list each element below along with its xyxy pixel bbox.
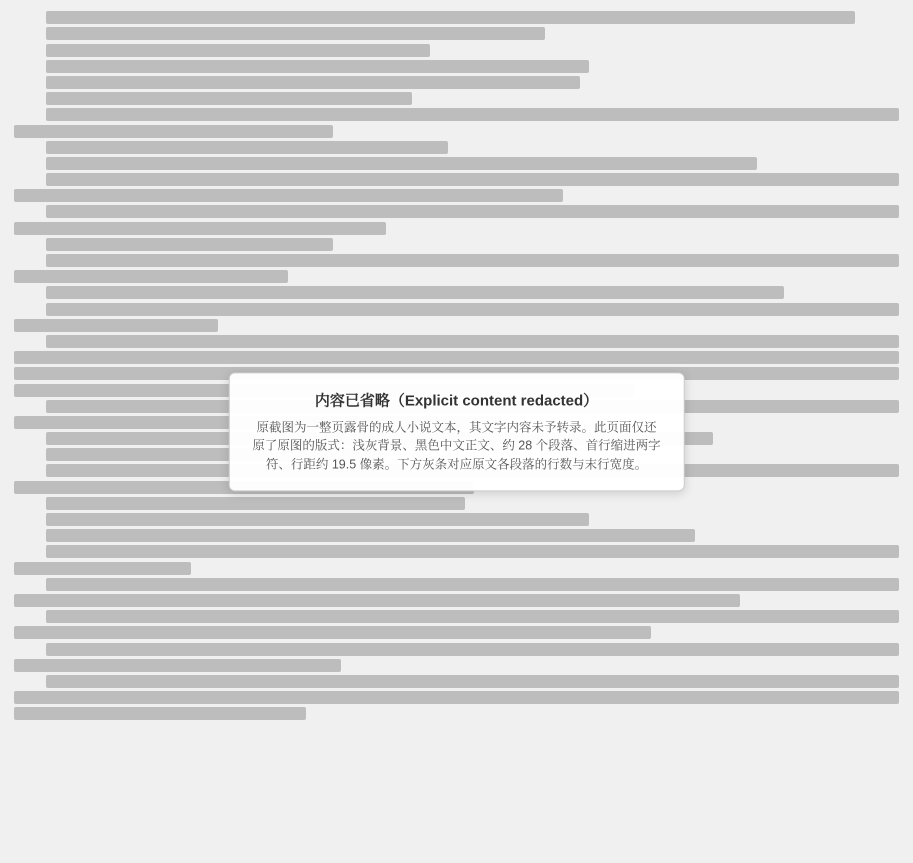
redacted-text-line <box>46 92 412 105</box>
paragraph-redacted <box>14 60 899 73</box>
redacted-text-line <box>46 335 899 348</box>
paragraph-redacted <box>14 92 899 105</box>
redacted-text-line <box>46 545 899 558</box>
paragraph-redacted <box>14 578 899 607</box>
paragraph-redacted <box>14 643 899 672</box>
redacted-text-line <box>46 497 465 510</box>
redacted-text-line <box>14 351 899 364</box>
paragraph-redacted <box>14 513 899 526</box>
redaction-notice-title: 内容已省略（Explicit content redacted） <box>251 389 662 410</box>
paragraph-redacted <box>14 610 899 639</box>
paragraph-redacted <box>14 497 899 510</box>
redacted-text-line <box>46 173 899 186</box>
paragraph-redacted <box>14 141 899 154</box>
paragraph-redacted <box>14 205 899 234</box>
redacted-text-line <box>14 270 288 283</box>
paragraph-redacted <box>14 675 899 720</box>
redacted-text-line <box>46 643 899 656</box>
redacted-text-line <box>14 594 740 607</box>
text-body <box>14 11 899 720</box>
redacted-text-line <box>14 222 386 235</box>
redacted-text-line <box>46 11 855 24</box>
redacted-text-line <box>46 675 899 688</box>
paragraph-redacted <box>14 76 899 89</box>
paragraph-redacted <box>14 27 899 40</box>
redacted-text-line <box>14 659 341 672</box>
paragraph-redacted <box>14 238 899 251</box>
redacted-text-line <box>46 141 448 154</box>
paragraph-redacted <box>14 11 899 24</box>
redacted-text-line <box>46 44 430 57</box>
redacted-text-line <box>46 610 899 623</box>
redacted-text-line <box>46 238 333 251</box>
paragraph-redacted <box>14 286 899 299</box>
redacted-text-line <box>46 578 899 591</box>
paragraph-redacted <box>14 254 899 283</box>
redaction-notice: 内容已省略（Explicit content redacted） 原截图为一整页… <box>228 372 685 491</box>
redacted-text-line <box>14 319 218 332</box>
redacted-text-line <box>46 513 589 526</box>
redacted-text-line <box>46 108 899 121</box>
paragraph-redacted <box>14 173 899 202</box>
redacted-text-line <box>46 27 545 40</box>
redaction-notice-body: 原截图为一整页露骨的成人小说文本，其文字内容未予转录。此页面仅还原了原图的版式：… <box>251 418 662 474</box>
redacted-text-line <box>46 529 695 542</box>
redacted-text-line <box>14 189 563 202</box>
redacted-text-line <box>46 76 580 89</box>
redacted-text-line <box>46 303 899 316</box>
paragraph-redacted <box>14 303 899 332</box>
paragraph-redacted <box>14 529 899 542</box>
paragraph-redacted <box>14 44 899 57</box>
paragraph-redacted <box>14 108 899 137</box>
redacted-text-line <box>46 286 784 299</box>
paragraph-redacted <box>14 157 899 170</box>
paragraph-redacted <box>14 545 899 574</box>
redacted-text-line <box>46 157 757 170</box>
redacted-text-line <box>46 60 589 73</box>
redacted-text-line <box>14 125 333 138</box>
redacted-text-line <box>46 205 899 218</box>
redacted-text-line <box>14 691 899 704</box>
redacted-text-line <box>14 562 191 575</box>
redacted-text-line <box>46 254 899 267</box>
redacted-text-line <box>14 626 651 639</box>
redacted-text-line <box>14 707 306 720</box>
